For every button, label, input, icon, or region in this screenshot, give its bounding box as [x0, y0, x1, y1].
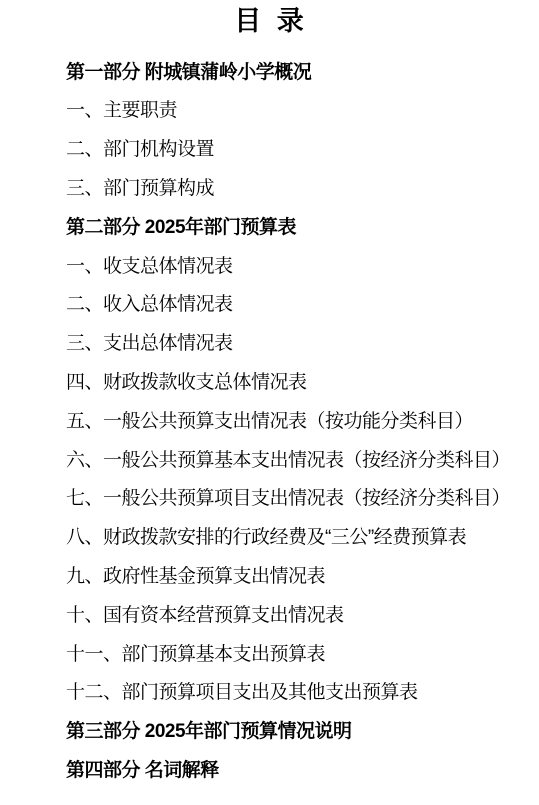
- page-title: 目 录: [0, 0, 539, 38]
- toc-entry: 八、财政拨款安排的行政经费及“三公”经费预算表: [66, 519, 529, 558]
- toc-entry: 七、一般公共预算项目支出情况表（按经济分类科目）: [66, 480, 529, 519]
- toc-list: 第一部分 附城镇蒲岭小学概况一、主要职责二、部门机构设置三、部门预算构成第二部分…: [0, 54, 539, 791]
- toc-entry: 一、主要职责: [66, 92, 529, 131]
- toc-section-heading: 第三部分 2025年部门预算情况说明: [66, 713, 529, 752]
- toc-section-heading: 第四部分 名词解释: [66, 752, 529, 791]
- toc-entry: 十二、部门预算项目支出及其他支出预算表: [66, 674, 529, 713]
- toc-entry: 三、部门预算构成: [66, 170, 529, 209]
- toc-entry: 一、收支总体情况表: [66, 248, 529, 287]
- toc-entry: 十、国有资本经营预算支出情况表: [66, 597, 529, 636]
- toc-entry: 二、部门机构设置: [66, 131, 529, 170]
- toc-entry: 四、财政拨款收支总体情况表: [66, 364, 529, 403]
- toc-entry: 十一、部门预算基本支出预算表: [66, 636, 529, 675]
- toc-entry: 二、收入总体情况表: [66, 286, 529, 325]
- toc-entry: 六、一般公共预算基本支出情况表（按经济分类科目）: [66, 442, 529, 481]
- document-page: 目 录 第一部分 附城镇蒲岭小学概况一、主要职责二、部门机构设置三、部门预算构成…: [0, 0, 539, 805]
- toc-section-heading: 第一部分 附城镇蒲岭小学概况: [66, 54, 529, 93]
- toc-entry: 九、政府性基金预算支出情况表: [66, 558, 529, 597]
- toc-entry: 三、支出总体情况表: [66, 325, 529, 364]
- toc-section-heading: 第二部分 2025年部门预算表: [66, 209, 529, 248]
- toc-entry: 五、一般公共预算支出情况表（按功能分类科目）: [66, 403, 529, 442]
